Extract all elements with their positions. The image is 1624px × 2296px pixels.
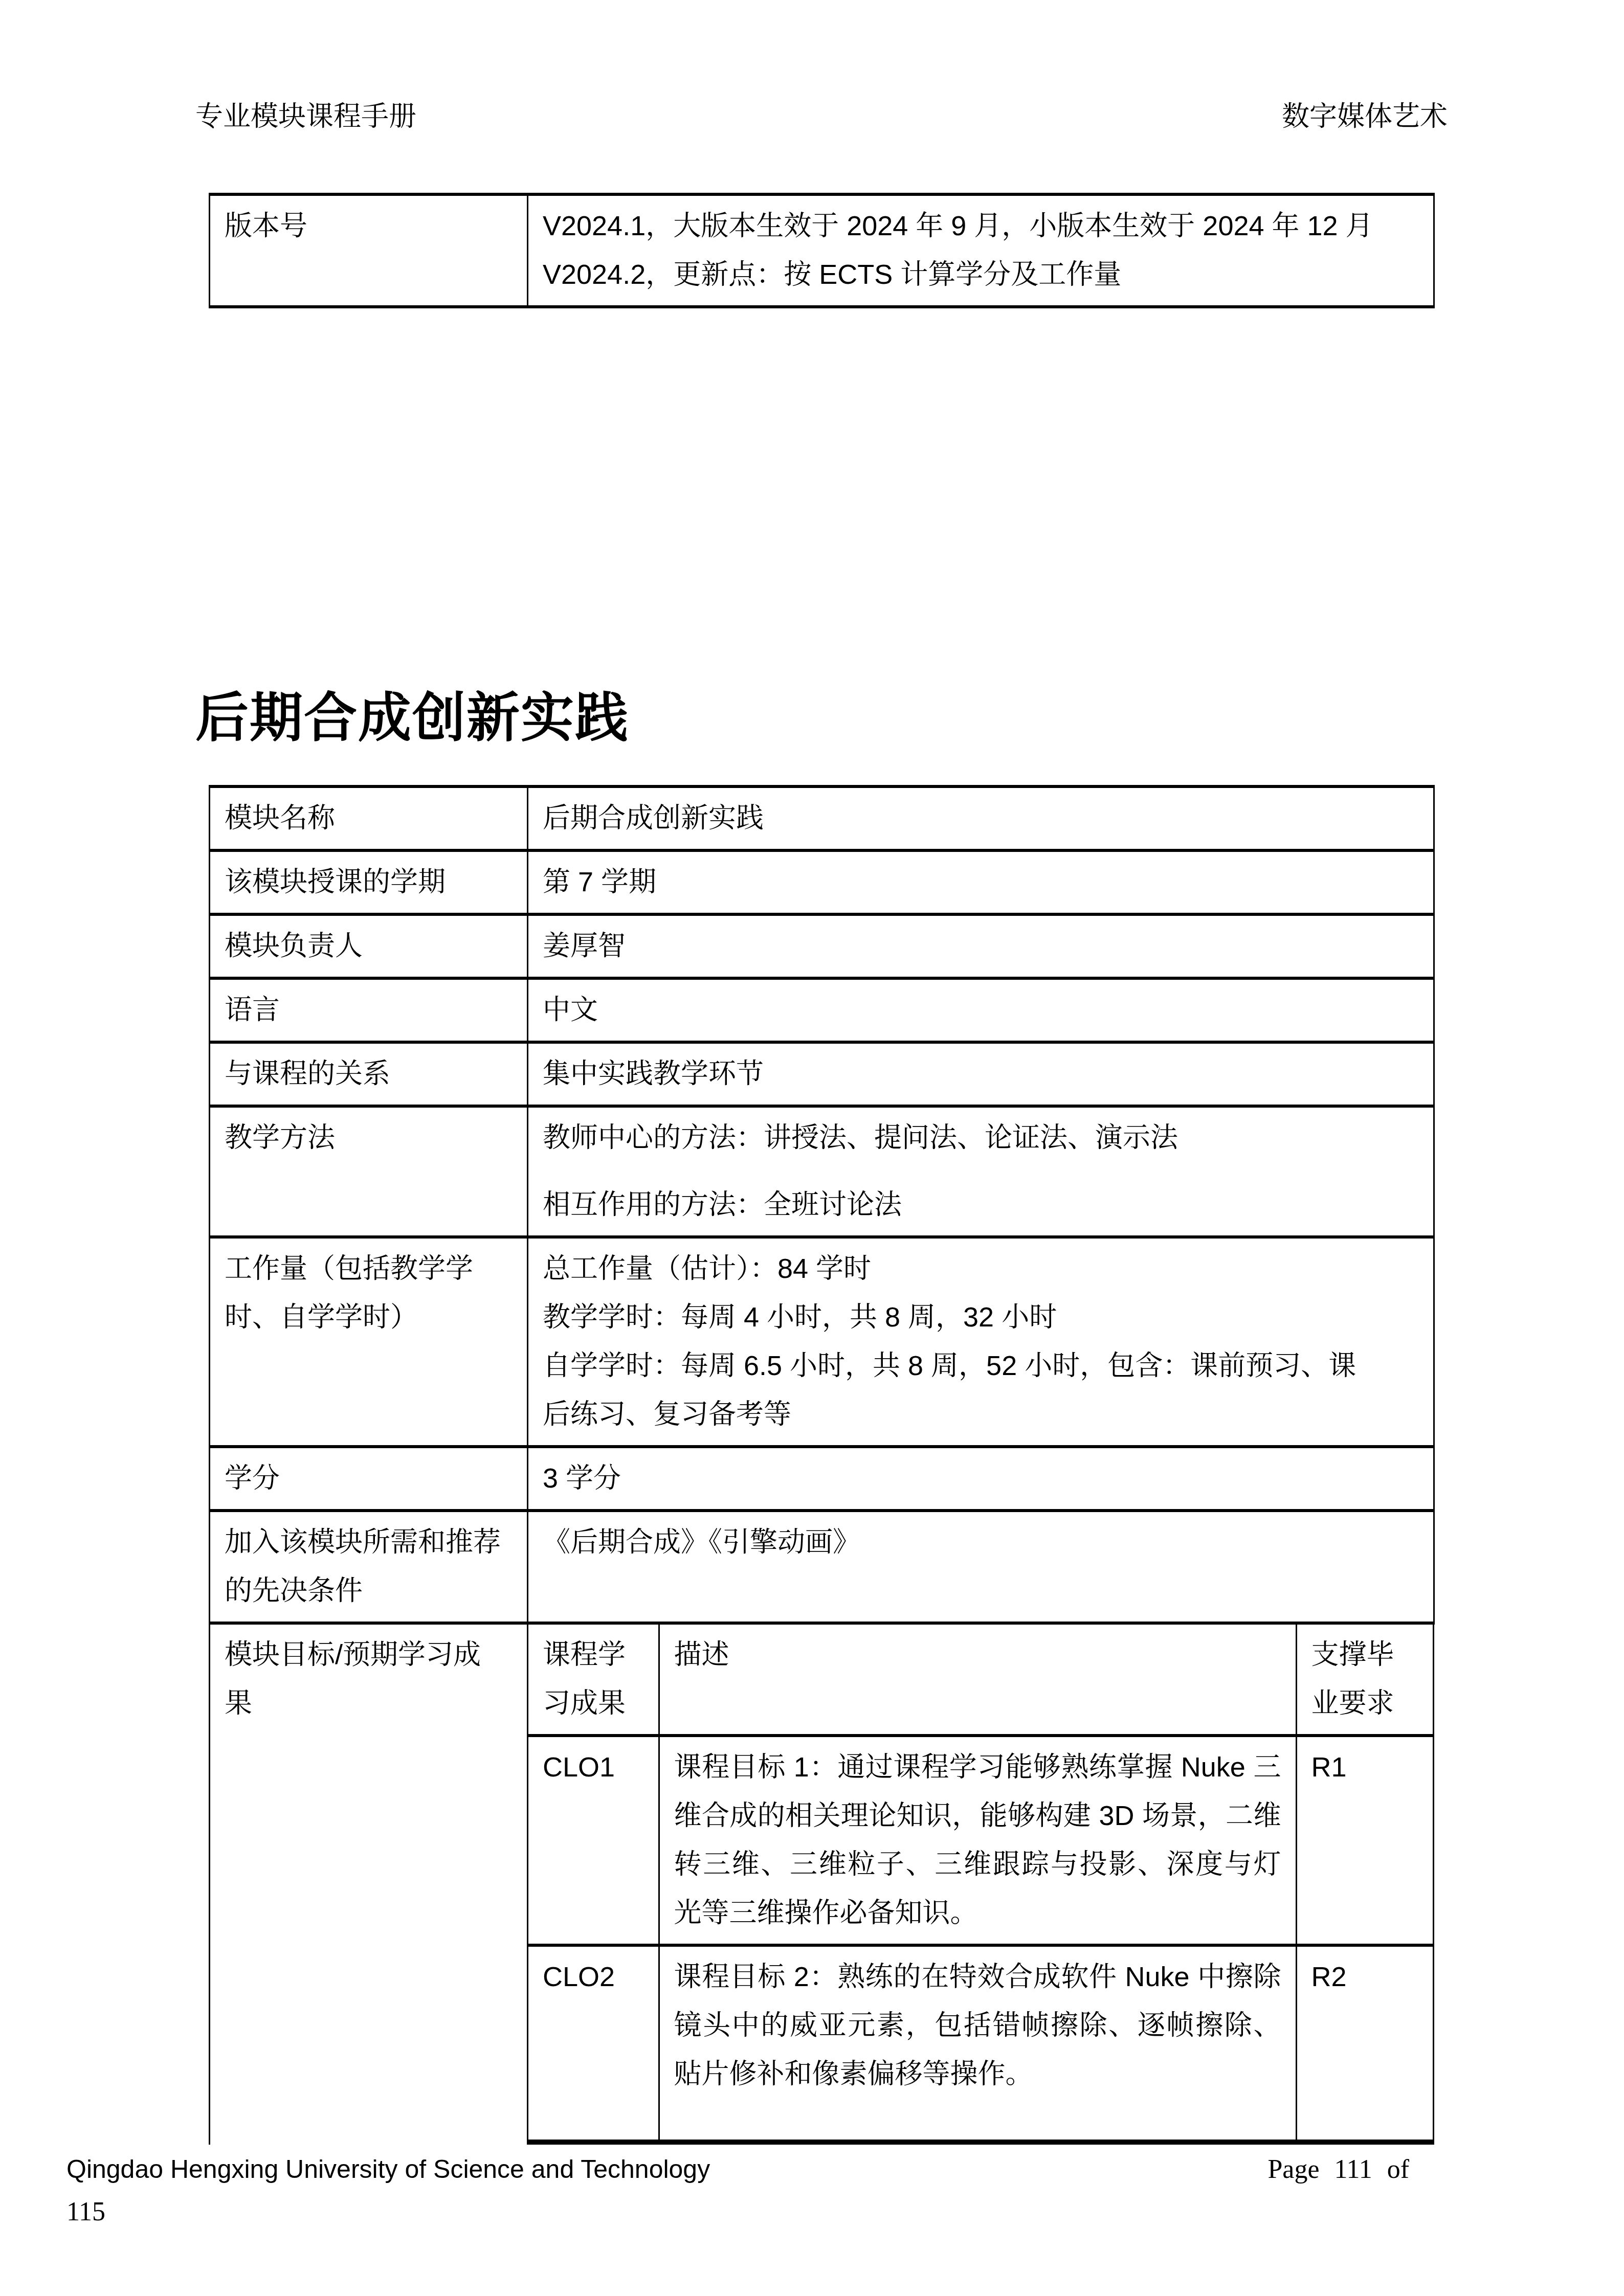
method-paragraph: 教师中心的方法：讲授法、提问法、论证法、演示法 [543, 1114, 1382, 1162]
outcomes-table: 课程学习成果 描述 支撑毕业要求 CLO1 课程目标 1：通过课程学习能够熟练掌… [528, 1625, 1434, 2145]
row-label: 该模块授课的学期 [210, 850, 528, 914]
footer-institution: Qingdao Hengxing University of Science a… [66, 2154, 710, 2185]
workload-paragraph: 总工作量（估计）：84 学时 [543, 1245, 1382, 1293]
clo-requirement: R1 [1296, 1736, 1433, 1945]
table-row: 模块负责人 姜厚智 [210, 914, 1434, 978]
outcomes-cell: 课程学习成果 描述 支撑毕业要求 CLO1 课程目标 1：通过课程学习能够熟练掌… [528, 1623, 1434, 2145]
row-value: 教师中心的方法：讲授法、提问法、论证法、演示法 相互作用的方法：全班讨论法 [528, 1106, 1434, 1237]
row-value: 总工作量（估计）：84 学时 教学学时：每周 4 小时，共 8 周，32 小时 … [528, 1237, 1434, 1447]
table-row: 教学方法 教师中心的方法：讲授法、提问法、论证法、演示法 相互作用的方法：全班讨… [210, 1106, 1434, 1237]
clo-id: CLO1 [528, 1736, 659, 1945]
row-value: 《后期合成》《引擎动画》 [528, 1511, 1434, 1623]
row-label: 学分 [210, 1447, 528, 1511]
table-row: 模块名称 后期合成创新实践 [210, 786, 1434, 850]
footer-page-number: Page 111 of [1267, 2154, 1409, 2185]
header-left-title: 专业模块课程手册 [195, 100, 416, 133]
table-row: 工作量（包括教学学时、自学学时） 总工作量（估计）：84 学时 教学学时：每周 … [210, 1237, 1434, 1447]
clo-requirement: R2 [1296, 1945, 1433, 2142]
row-label: 加入该模块所需和推荐的先决条件 [210, 1511, 528, 1623]
row-label: 教学方法 [210, 1106, 528, 1237]
row-value: 后期合成创新实践 [528, 786, 1434, 850]
document-page: 专业模块课程手册 数字媒体艺术 版本号 V2024.1，大版本生效于 2024 … [0, 0, 1624, 2296]
table-row: 该模块授课的学期 第 7 学期 [210, 850, 1434, 914]
table-row-outcomes: 模块目标/预期学习成果 课程学习成果 描述 支撑毕业要求 CLO1 课程目标 1… [210, 1623, 1434, 2145]
page-header: 专业模块课程手册 数字媒体艺术 [195, 100, 1448, 133]
table-row: 学分 3 学分 [210, 1447, 1434, 1511]
version-line: V2024.1，大版本生效于 2024 年 9 月，小版本生效于 2024 年 … [543, 202, 1419, 251]
outcomes-header-row: 课程学习成果 描述 支撑毕业要求 [528, 1625, 1433, 1736]
workload-paragraph: 自学学时：每周 6.5 小时，共 8 周，52 小时，包含：课前预习、课后练习、… [543, 1342, 1382, 1439]
table-row: 加入该模块所需和推荐的先决条件 《后期合成》《引擎动画》 [210, 1511, 1434, 1623]
outcomes-col-header: 支撑毕业要求 [1296, 1625, 1433, 1736]
row-value: 中文 [528, 978, 1434, 1042]
row-label: 与课程的关系 [210, 1042, 528, 1106]
outcomes-col-header: 课程学习成果 [528, 1625, 659, 1736]
row-value: 集中实践教学环节 [528, 1042, 1434, 1106]
version-row-value: V2024.1，大版本生效于 2024 年 9 月，小版本生效于 2024 年 … [528, 194, 1434, 307]
page-footer: Qingdao Hengxing University of Science a… [66, 2154, 1409, 2185]
row-value: 姜厚智 [528, 914, 1434, 978]
row-label: 模块目标/预期学习成果 [210, 1623, 528, 2145]
outcomes-row-clo2: CLO2 课程目标 2：熟练的在特效合成软件 Nuke 中擦除镜头中的威亚元素，… [528, 1945, 1433, 2142]
page-title: 后期合成创新实践 [195, 687, 629, 750]
outcomes-col-header: 描述 [659, 1625, 1296, 1736]
clo-id: CLO2 [528, 1945, 659, 2142]
row-label: 工作量（包括教学学时、自学学时） [210, 1237, 528, 1447]
row-label: 语言 [210, 978, 528, 1042]
table-row: 版本号 V2024.1，大版本生效于 2024 年 9 月，小版本生效于 202… [210, 194, 1434, 307]
row-value: 3 学分 [528, 1447, 1434, 1511]
header-right-title: 数字媒体艺术 [1282, 100, 1448, 133]
version-line: V2024.2，更新点：按 ECTS 计算学分及工作量 [543, 251, 1419, 299]
row-label: 模块负责人 [210, 914, 528, 978]
module-table: 模块名称 后期合成创新实践 该模块授课的学期 第 7 学期 模块负责人 姜厚智 … [209, 785, 1435, 2145]
row-label: 模块名称 [210, 786, 528, 850]
table-row: 语言 中文 [210, 978, 1434, 1042]
footer-page-number-wrap: 115 [66, 2197, 105, 2227]
clo-description: 课程目标 1：通过课程学习能够熟练掌握 Nuke 三维合成的相关理论知识，能够构… [659, 1736, 1296, 1945]
version-row-label: 版本号 [210, 194, 528, 307]
clo-description: 课程目标 2：熟练的在特效合成软件 Nuke 中擦除镜头中的威亚元素，包括错帧擦… [659, 1945, 1296, 2142]
method-paragraph: 相互作用的方法：全班讨论法 [543, 1181, 1382, 1229]
row-value: 第 7 学期 [528, 850, 1434, 914]
outcomes-row-clo1: CLO1 课程目标 1：通过课程学习能够熟练掌握 Nuke 三维合成的相关理论知… [528, 1736, 1433, 1945]
workload-paragraph: 教学学时：每周 4 小时，共 8 周，32 小时 [543, 1293, 1382, 1342]
table-row: 与课程的关系 集中实践教学环节 [210, 1042, 1434, 1106]
version-table: 版本号 V2024.1，大版本生效于 2024 年 9 月，小版本生效于 202… [209, 193, 1435, 308]
